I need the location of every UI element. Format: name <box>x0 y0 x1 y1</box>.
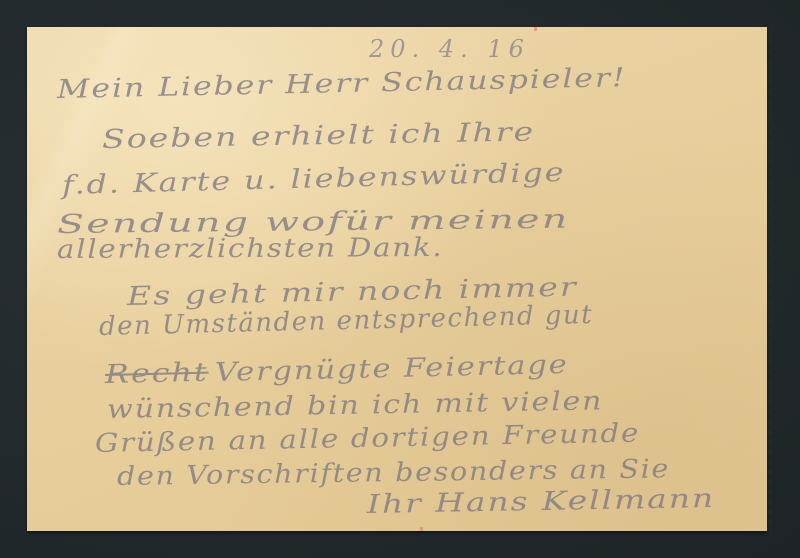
perforated-edge <box>762 27 772 531</box>
handwriting-line: Soeben erhielt ich Ihre <box>102 117 536 155</box>
handwriting-line: f.d. Karte u. liebenswürdige <box>62 158 566 201</box>
handwriting-line: Grüßen an alle dortigen Freunde <box>95 419 641 459</box>
handwriting-line-remainder: Vergnügte Feiertage <box>215 350 569 388</box>
handwriting-line: wünschend bin ich mit vielen <box>107 386 604 425</box>
signature: Ihr Hans Kellmann <box>367 484 716 520</box>
struck-through-word: Recht <box>105 358 209 390</box>
handwriting-line: Recht <box>105 358 209 390</box>
handwriting-line: allerherzlichsten Dank. <box>57 233 444 265</box>
red-mark <box>534 27 537 31</box>
salutation-line: Mein Lieber Herr Schauspieler! <box>57 63 627 105</box>
red-mark <box>420 527 423 531</box>
postcard: 20. 4. 16 Mein Lieber Herr Schauspieler!… <box>27 27 767 531</box>
date-text: 20. 4. 16 <box>369 35 530 63</box>
